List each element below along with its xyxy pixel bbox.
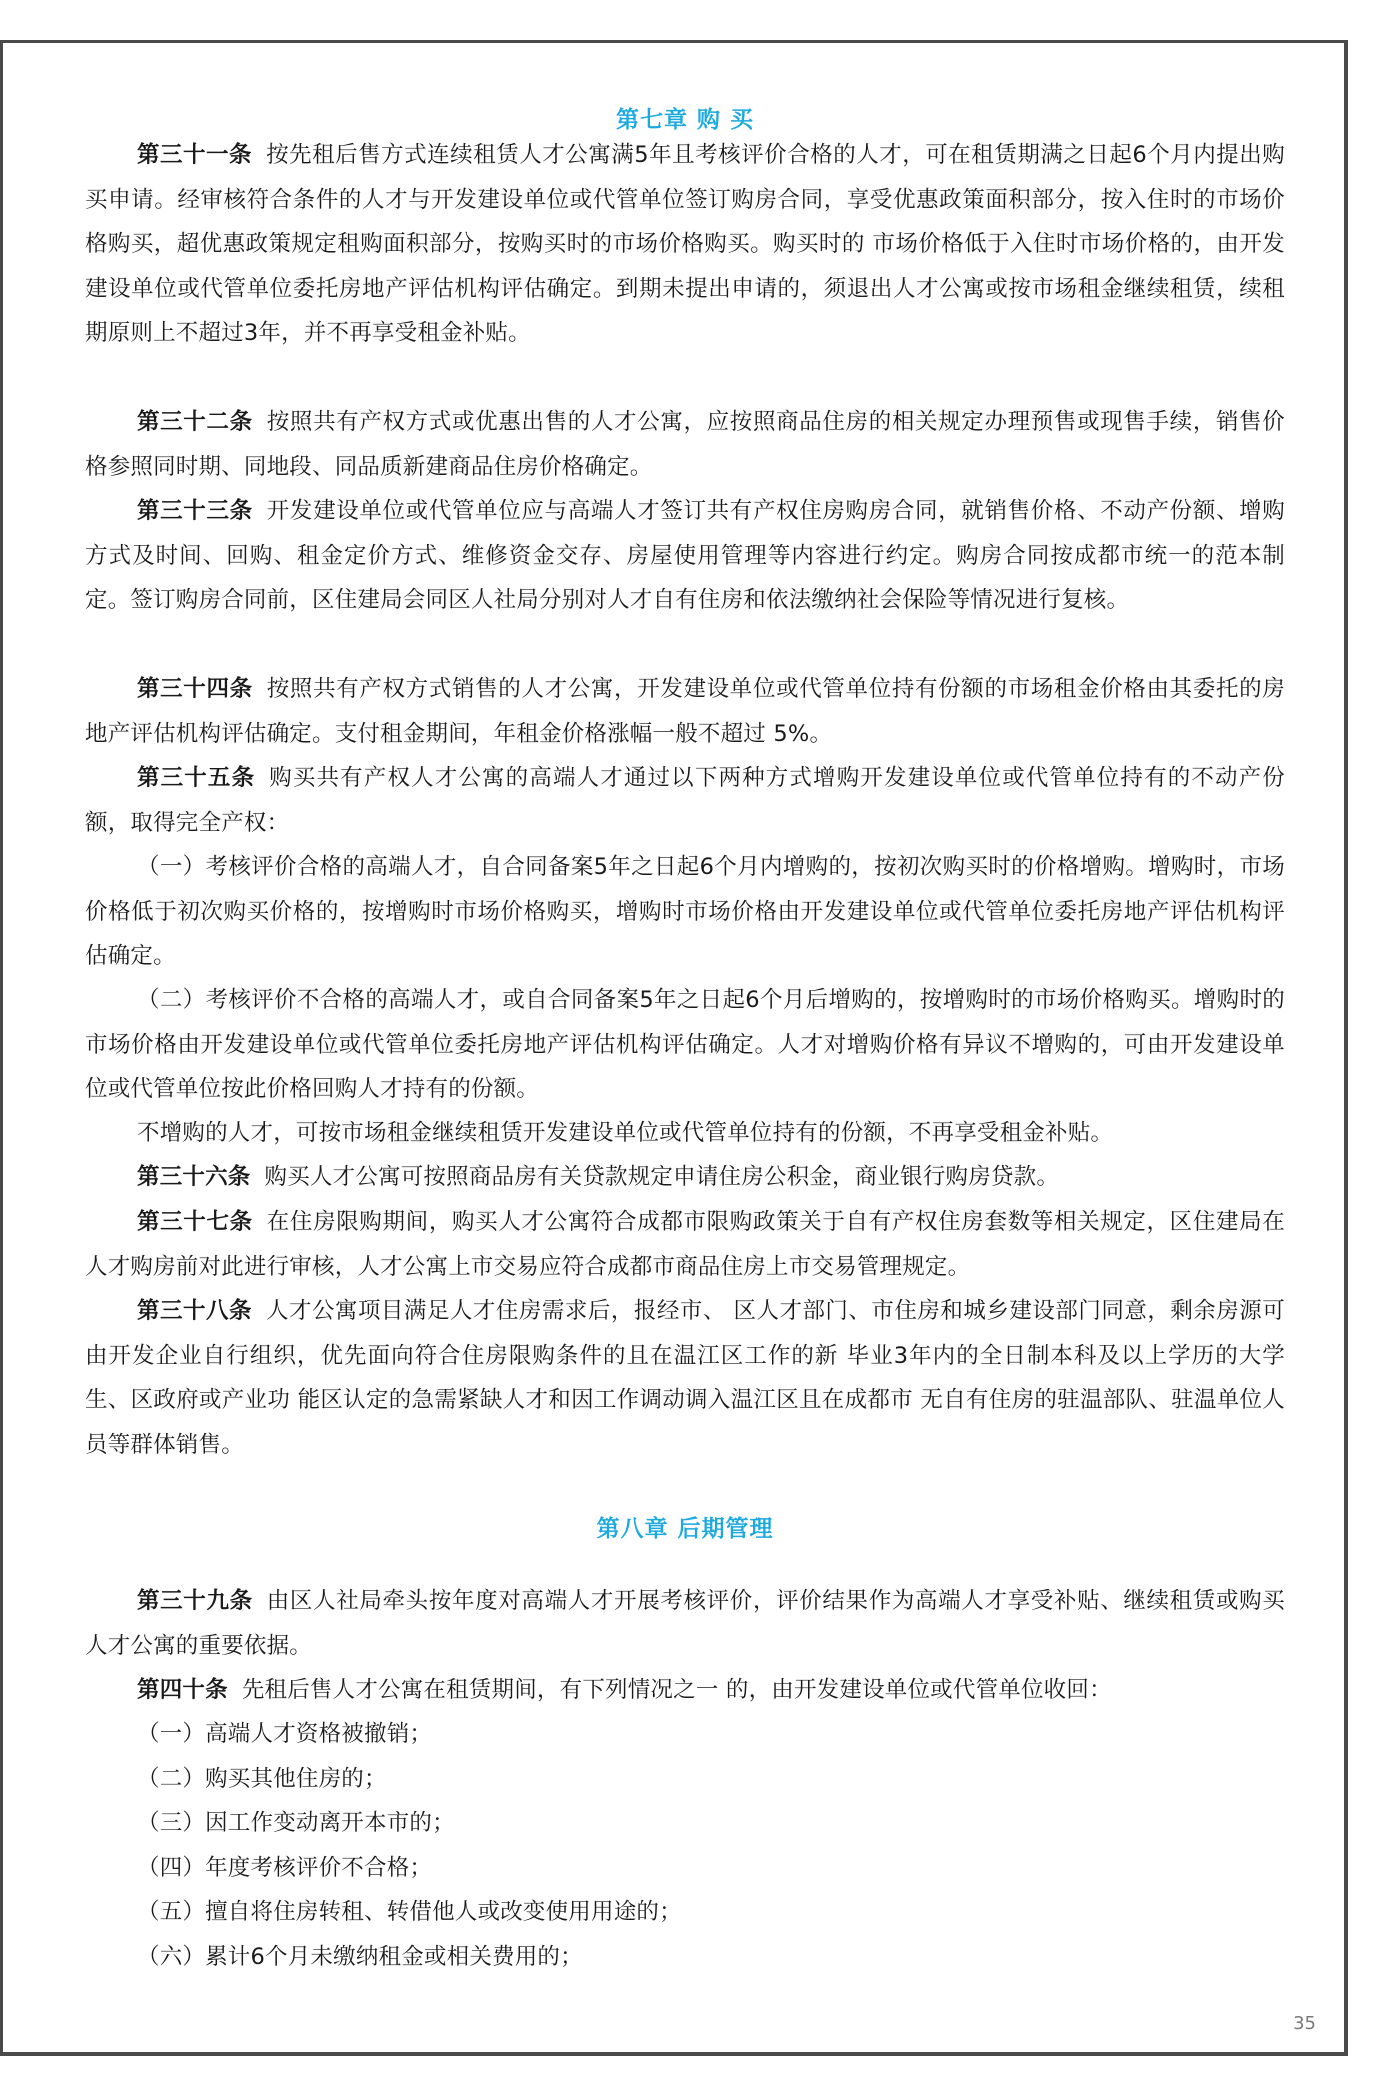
chapter-title-7: 第七章 购 买 — [85, 105, 1285, 135]
article-label: 第三十五条 — [137, 765, 255, 791]
clause-text: （二）考核评价不合格的高端人才，或自合同备案5年之日起6个月后增购的，按增购时的… — [85, 987, 1285, 1102]
clause-text: 不增购的人才，可按市场租金继续租赁开发建设单位或代管单位持有的份额，不再享受租金… — [137, 1120, 1113, 1146]
article-32: 第三十二条按照共有产权方式或优惠出售的人才公寓，应按照商品住房的相关规定办理预售… — [85, 400, 1285, 489]
article-text: 按先租后售方式连续租赁人才公寓满5年且考核评价合格的人才，可在租赁期满之日起6个… — [85, 142, 1285, 346]
article-label: 第三十九条 — [137, 1588, 253, 1614]
article-text: 由区人社局牵头按年度对高端人才开展考核评价，评价结果作为高端人才享受补贴、继续租… — [85, 1588, 1285, 1659]
article-text: 按照共有产权方式销售的人才公寓，开发建设单位或代管单位持有份额的市场租金价格由其… — [85, 676, 1285, 747]
list-item-5: （五）擅自将住房转租、转借他人或改变使用用途的； — [85, 1890, 1285, 1935]
article-text: 按照共有产权方式或优惠出售的人才公寓，应按照商品住房的相关规定办理预售或现售手续… — [85, 409, 1285, 480]
chapter-title-8: 第八章 后期管理 — [85, 1514, 1285, 1544]
document-page: 第七章 购 买 第三十一条按先租后售方式连续租赁人才公寓满5年且考核评价合格的人… — [0, 40, 1348, 2056]
article-39: 第三十九条由区人社局牵头按年度对高端人才开展考核评价，评价结果作为高端人才享受补… — [85, 1579, 1285, 1668]
list-item-1: （一）高端人才资格被撤销； — [85, 1712, 1285, 1757]
article-31: 第三十一条按先租后售方式连续租赁人才公寓满5年且考核评价合格的人才，可在租赁期满… — [85, 133, 1285, 356]
article-35: 第三十五条购买共有产权人才公寓的高端人才通过以下两种方式增购开发建设单位或代管单… — [85, 756, 1285, 845]
article-label: 第三十三条 — [137, 498, 253, 524]
article-text: 人才公寓项目满足人才住房需求后，报经市、 区人才部门、市住房和城乡建设部门同意，… — [85, 1298, 1285, 1458]
article-34: 第三十四条按照共有产权方式销售的人才公寓，开发建设单位或代管单位持有份额的市场租… — [85, 667, 1285, 756]
article-37: 第三十七条在住房限购期间，购买人才公寓符合成都市限购政策关于自有产权住房套数等相… — [85, 1200, 1285, 1289]
article-text: 购买共有产权人才公寓的高端人才通过以下两种方式增购开发建设单位或代管单位持有的不… — [85, 765, 1285, 836]
page-number: 35 — [1293, 2013, 1316, 2034]
article-33: 第三十三条开发建设单位或代管单位应与高端人才签订共有产权住房购房合同，就销售价格… — [85, 489, 1285, 623]
article-text: 在住房限购期间，购买人才公寓符合成都市限购政策关于自有产权住房套数等相关规定，区… — [85, 1209, 1285, 1280]
article-label: 第三十七条 — [137, 1209, 253, 1235]
article-35-clause-2: （二）考核评价不合格的高端人才，或自合同备案5年之日起6个月后增购的，按增购时的… — [85, 978, 1285, 1112]
article-38: 第三十八条人才公寓项目满足人才住房需求后，报经市、 区人才部门、市住房和城乡建设… — [85, 1289, 1285, 1467]
article-text: 购买人才公寓可按照商品房有关贷款规定申请住房公积金，商业银行购房贷款。 — [265, 1164, 1060, 1190]
article-label: 第三十二条 — [137, 409, 253, 435]
clause-text: （一）考核评价合格的高端人才，自合同备案5年之日起6个月内增购的，按初次购买时的… — [85, 854, 1285, 969]
article-35-note: 不增购的人才，可按市场租金继续租赁开发建设单位或代管单位持有的份额，不再享受租金… — [85, 1111, 1285, 1156]
list-item-2: （二）购买其他住房的； — [85, 1757, 1285, 1802]
article-36: 第三十六条购买人才公寓可按照商品房有关贷款规定申请住房公积金，商业银行购房贷款。 — [85, 1155, 1285, 1200]
article-label: 第三十八条 — [137, 1298, 252, 1324]
article-text: 开发建设单位或代管单位应与高端人才签订共有产权住房购房合同，就销售价格、不动产份… — [85, 498, 1285, 613]
list-item-4: （四）年度考核评价不合格； — [85, 1846, 1285, 1891]
list-item-3: （三）因工作变动离开本市的； — [85, 1801, 1285, 1846]
article-text: 先租后售人才公寓在租赁期间，有下列情况之一 的，由开发建设单位或代管单位收回： — [242, 1677, 1112, 1703]
article-40: 第四十条先租后售人才公寓在租赁期间，有下列情况之一 的，由开发建设单位或代管单位… — [85, 1668, 1285, 1713]
article-label: 第三十四条 — [137, 676, 253, 702]
article-label: 第三十六条 — [137, 1164, 251, 1190]
article-label: 第三十一条 — [137, 142, 252, 168]
article-35-clause-1: （一）考核评价合格的高端人才，自合同备案5年之日起6个月内增购的，按初次购买时的… — [85, 845, 1285, 979]
article-label: 第四十条 — [137, 1677, 228, 1703]
list-item-6: （六）累计6个月未缴纳租金或相关费用的； — [85, 1935, 1285, 1980]
